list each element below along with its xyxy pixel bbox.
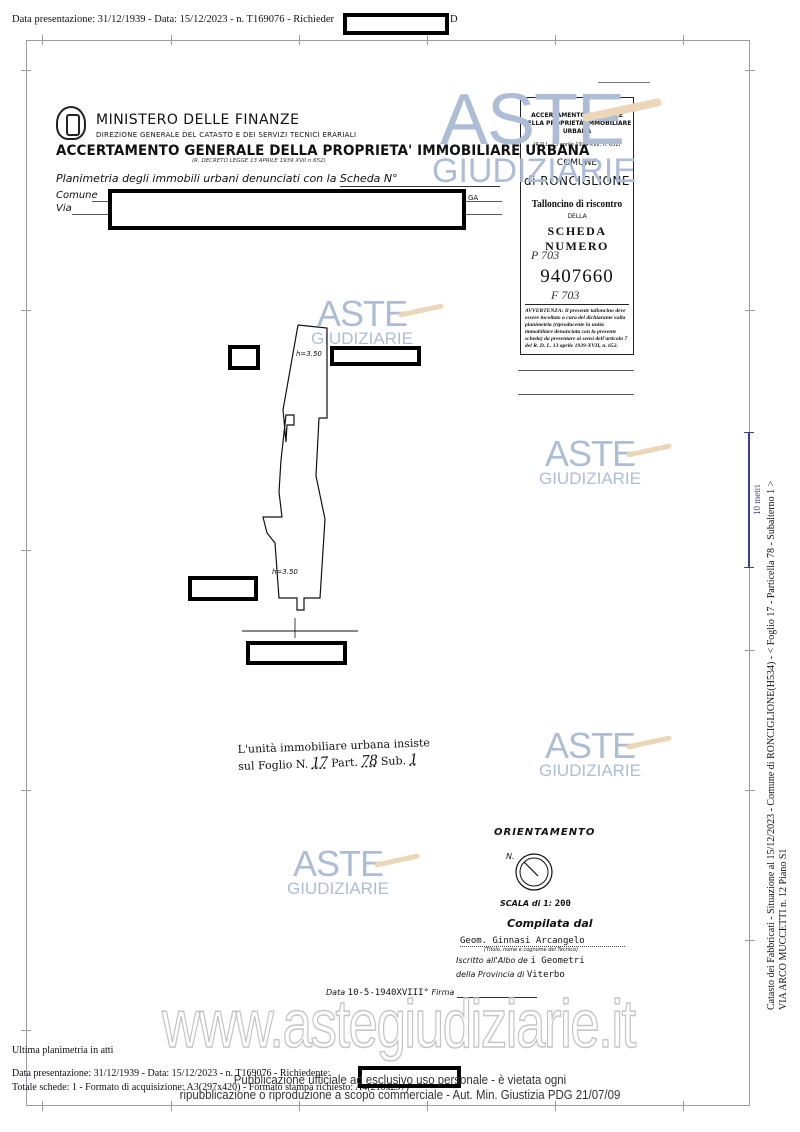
talloncino-avvertenza: AVVERTENZA: Il presente talloncino deve … (525, 304, 629, 350)
frame-tick (21, 1030, 31, 1031)
redaction-box (108, 189, 466, 230)
talloncino-box: ACCERTAMENTO GENERALE DELLA PROPRIETÀ IM… (520, 97, 634, 355)
publication-notice-line1: Pubblicazione ufficiale ad esclusivo uso… (136, 1072, 664, 1087)
foglio-label: sul Foglio N. (238, 758, 308, 773)
frame-tick (21, 70, 31, 71)
sub-label: Sub. (381, 754, 407, 768)
frame-tick (745, 940, 755, 941)
particella-value: 78 (361, 752, 378, 770)
edge-line (598, 82, 650, 83)
frame-tick (299, 1101, 300, 1111)
edge-line (518, 370, 634, 371)
foglio-value: 17 (311, 754, 328, 772)
via-label: Via (56, 203, 72, 214)
talloncino-della: DELLA (521, 213, 633, 220)
edge-line (518, 394, 634, 395)
orientamento-title: ORIENTAMENTO (494, 827, 595, 838)
coat-of-arms-icon (56, 106, 86, 140)
provincia-line: della Provincia di Viterbo (456, 970, 565, 980)
frame-tick (427, 1101, 428, 1111)
scale-bar (748, 432, 750, 568)
room-height-label-bottom: h=3.50 (272, 568, 298, 576)
frame-tick (745, 790, 755, 791)
frame-tick (555, 1101, 556, 1111)
compilata-label: Compilata dal (507, 917, 593, 930)
redaction-box (228, 345, 260, 370)
frame-tick (42, 1101, 43, 1111)
frame-tick (171, 35, 172, 45)
frame-tick (21, 310, 31, 311)
frame-tick (745, 310, 755, 311)
albo-label: Iscritto all'Albo de (456, 956, 528, 965)
form-title: ACCERTAMENTO GENERALE DELLA PROPRIETA' I… (56, 143, 590, 159)
tecnico-caption: (Titolo, nome e cognome del Tecnico) (484, 947, 578, 953)
frame-tick (42, 35, 43, 45)
header-suffix: D (450, 14, 458, 25)
frame-tick (427, 35, 428, 45)
redaction-box (343, 13, 449, 35)
publication-notice-line2: ripubblicazione o riproduzione a scopo c… (136, 1087, 664, 1102)
talloncino-comune-label: COMUNE (521, 158, 633, 168)
redaction-box (330, 346, 421, 366)
side-address-info: VIA ARCO MUCCETTI n. 12 Piano S1 (778, 849, 789, 1010)
talloncino-handwritten-top: P 703 (531, 248, 559, 263)
compass-icon (514, 852, 554, 892)
talloncino-rdl: (R.D.L. 13 aprile 1939-XVII, n. 652) (521, 142, 633, 148)
talloncino-title: Talloncino di riscontro (529, 198, 624, 210)
talloncino-heading: ACCERTAMENTO GENERALE DELLA PROPRIETÀ IM… (521, 112, 633, 136)
header-line: Data presentazione: 31/12/1939 - Data: 1… (12, 14, 334, 25)
albo-line: Iscritto all'Albo de i Geometri (456, 956, 585, 966)
talloncino-comune-name: di RONCIGLIONE (521, 174, 633, 188)
sub-value: 1 (409, 751, 418, 768)
redaction-box (246, 641, 347, 665)
talloncino-number: 9407660 (521, 266, 633, 288)
floor-plan (220, 320, 440, 670)
provincia-label: della Provincia di (456, 970, 524, 979)
frame-tick (683, 1101, 684, 1111)
frame-tick (745, 70, 755, 71)
room-height-label-top: h=3.50 (296, 350, 322, 358)
scale-text: SCALA di 1: 200 (500, 899, 571, 909)
decree-reference: (R. DECRETO LEGGE 13 APRILE 1939 XVII n.… (192, 158, 326, 164)
side-catasto-info: Catasto dei Fabbricati - Situazione al 1… (766, 481, 777, 1010)
frame-tick (683, 35, 684, 45)
frame-tick (21, 550, 31, 551)
provincia-value: Viterbo (527, 970, 565, 980)
particella-label: Part. (331, 756, 358, 770)
comune-label: Comune (56, 190, 98, 201)
tecnico-name: Geom. Ginnasi Arcangelo (460, 936, 625, 947)
directorate-subtitle: DIREZIONE GENERALE DEL CATASTO E DEI SER… (96, 131, 356, 139)
scale-label: SCALA di 1: (500, 899, 552, 908)
comune-suffix: GA (468, 194, 478, 202)
ministry-title: MINISTERO DELLE FINANZE (96, 112, 299, 128)
ultima-planimetria: Ultima planimetria in atti (12, 1045, 113, 1056)
frame-tick (171, 1101, 172, 1111)
header-text: Data presentazione: 31/12/1939 - Data: 1… (12, 14, 334, 25)
frame-tick (299, 35, 300, 45)
frame-tick (21, 790, 31, 791)
scale-value: 200 (555, 899, 571, 909)
albo-value: i Geometri (530, 956, 584, 966)
frame-tick (555, 35, 556, 45)
planimetry-label: Planimetria degli immobili urbani denunc… (56, 172, 398, 185)
redaction-box (188, 576, 258, 601)
unit-location-text: L'unità immobiliare urbana insiste sul F… (237, 735, 430, 775)
publication-notice: Pubblicazione ufficiale ad esclusivo uso… (136, 1072, 664, 1102)
scale-bar-cap (744, 567, 754, 568)
scale-bar-label: 10 metri (752, 485, 762, 515)
scale-bar-cap (744, 432, 754, 433)
site-watermark: www.astegiudiziarie.it (162, 985, 635, 1063)
talloncino-handwritten-bottom: F 703 (551, 288, 633, 303)
scheda-underline (340, 186, 500, 187)
frame-tick (745, 650, 755, 651)
